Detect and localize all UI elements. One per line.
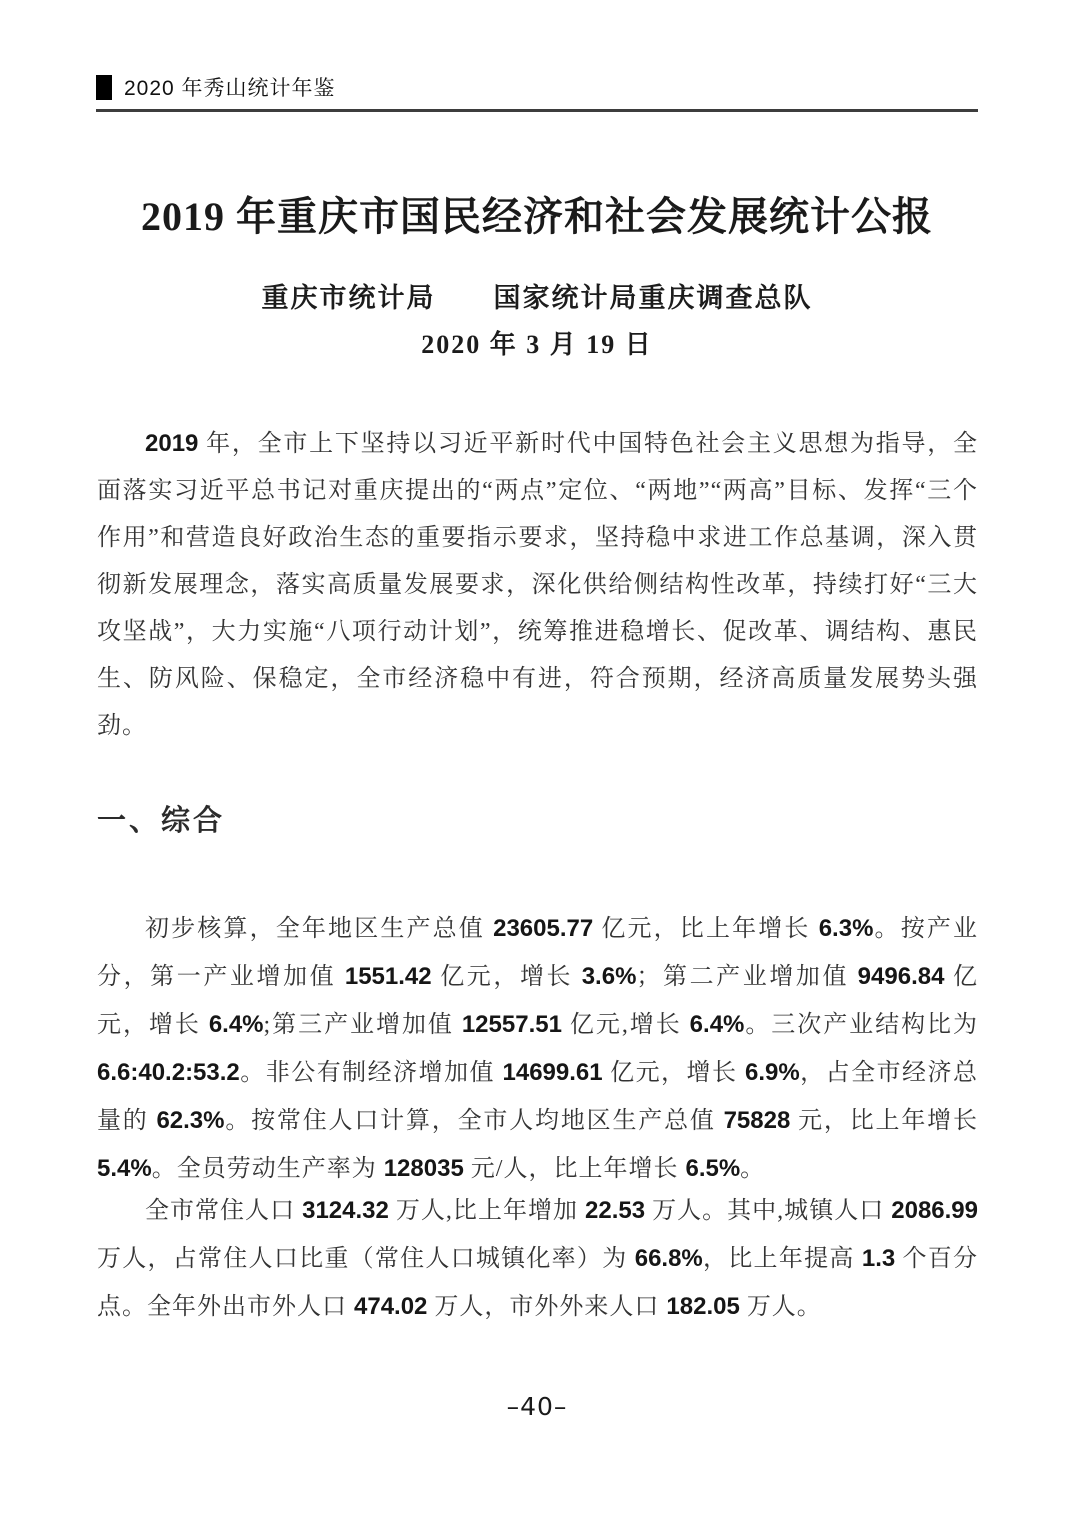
paragraph-gdp: 初步核算，全年地区生产总值 23605.77 亿元，比上年增长 6.3%。按产业… xyxy=(97,905,978,1193)
text-run: 全市常住人口 xyxy=(145,1198,302,1224)
stat-value: 5.4% xyxy=(97,1155,152,1182)
text-run: 。全员劳动生产率为 xyxy=(152,1156,384,1182)
square-marker-icon xyxy=(96,75,112,100)
stat-value: 474.02 xyxy=(354,1293,427,1320)
text-run: ;第三产业增加值 xyxy=(264,1012,462,1038)
stat-value: 6.6:40.2:53.2 xyxy=(97,1059,240,1086)
stat-value: 6.5% xyxy=(685,1155,740,1182)
section-heading-1: 一、综合 xyxy=(97,798,225,839)
running-header: 2020 年秀山统计年鉴 xyxy=(96,72,978,112)
stat-value: 6.4% xyxy=(209,1011,264,1038)
text-run: 。非公有制经济增加值 xyxy=(240,1060,503,1086)
text-run: 亿元，比上年增长 xyxy=(593,916,819,942)
stat-value: 2086.99 xyxy=(891,1197,978,1224)
stat-value: 62.3% xyxy=(156,1107,224,1134)
stat-value: 3124.32 xyxy=(302,1197,389,1224)
stat-value: 12557.51 xyxy=(462,1011,562,1038)
text-run: 元/人，比上年增长 xyxy=(464,1156,686,1182)
text-run: 万人,比上年增加 xyxy=(389,1198,585,1224)
stat-value: 2019 xyxy=(145,430,198,457)
stat-value: 75828 xyxy=(724,1107,791,1134)
stat-value: 6.4% xyxy=(690,1011,745,1038)
text-run: 年，全市上下坚持以习近平新时代中国特色社会主义思想为指导，全面落实习近平总书记对… xyxy=(97,431,978,739)
stat-value: 66.8% xyxy=(635,1245,703,1272)
stat-value: 3.6% xyxy=(582,963,637,990)
stat-value: 128035 xyxy=(384,1155,464,1182)
page-number: –40– xyxy=(0,1392,1074,1421)
publish-date: 2020 年 3 月 19 日 xyxy=(0,328,1074,362)
stat-value: 6.3% xyxy=(819,915,874,942)
text-run: ；第二产业增加值 xyxy=(636,964,857,990)
text-run: 万人，占常住人口比重（常住人口城镇化率）为 xyxy=(97,1246,635,1272)
byline: 重庆市统计局 国家统计局重庆调查总队 xyxy=(0,281,1074,315)
stat-value: 9496.84 xyxy=(858,963,945,990)
text-run: 。按常住人口计算，全市人均地区生产总值 xyxy=(225,1108,724,1134)
text-run: 元，比上年增长 xyxy=(790,1108,978,1134)
intro-paragraph: 2019 年，全市上下坚持以习近平新时代中国特色社会主义思想为指导，全面落实习近… xyxy=(97,420,978,750)
stat-value: 182.05 xyxy=(666,1293,739,1320)
stat-value: 6.9% xyxy=(745,1059,800,1086)
text-run: 亿元，增长 xyxy=(603,1060,745,1086)
text-run: 亿元,增长 xyxy=(562,1012,690,1038)
stat-value: 1551.42 xyxy=(345,963,432,990)
stat-value: 1.3 xyxy=(862,1245,895,1272)
text-run: ，比上年提高 xyxy=(703,1246,862,1272)
text-run: 。 xyxy=(740,1156,765,1182)
text-run: 万人。 xyxy=(740,1294,822,1320)
stat-value: 22.53 xyxy=(585,1197,645,1224)
text-run: 亿元，增长 xyxy=(432,964,582,990)
page-title: 2019 年重庆市国民经济和社会发展统计公报 xyxy=(0,192,1074,242)
text-run: 初步核算，全年地区生产总值 xyxy=(145,916,493,942)
stat-value: 23605.77 xyxy=(493,915,593,942)
yearbook-title: 2020 年秀山统计年鉴 xyxy=(124,72,336,102)
text-run: 万人，市外外来人口 xyxy=(427,1294,666,1320)
stat-value: 14699.61 xyxy=(503,1059,603,1086)
text-run: 。三次产业结构比为 xyxy=(744,1012,978,1038)
document-page: 2020 年秀山统计年鉴 2019 年重庆市国民经济和社会发展统计公报 重庆市统… xyxy=(0,0,1074,1520)
paragraph-population: 全市常住人口 3124.32 万人,比上年增加 22.53 万人。其中,城镇人口… xyxy=(97,1187,978,1331)
text-run: 万人。其中,城镇人口 xyxy=(645,1198,891,1224)
